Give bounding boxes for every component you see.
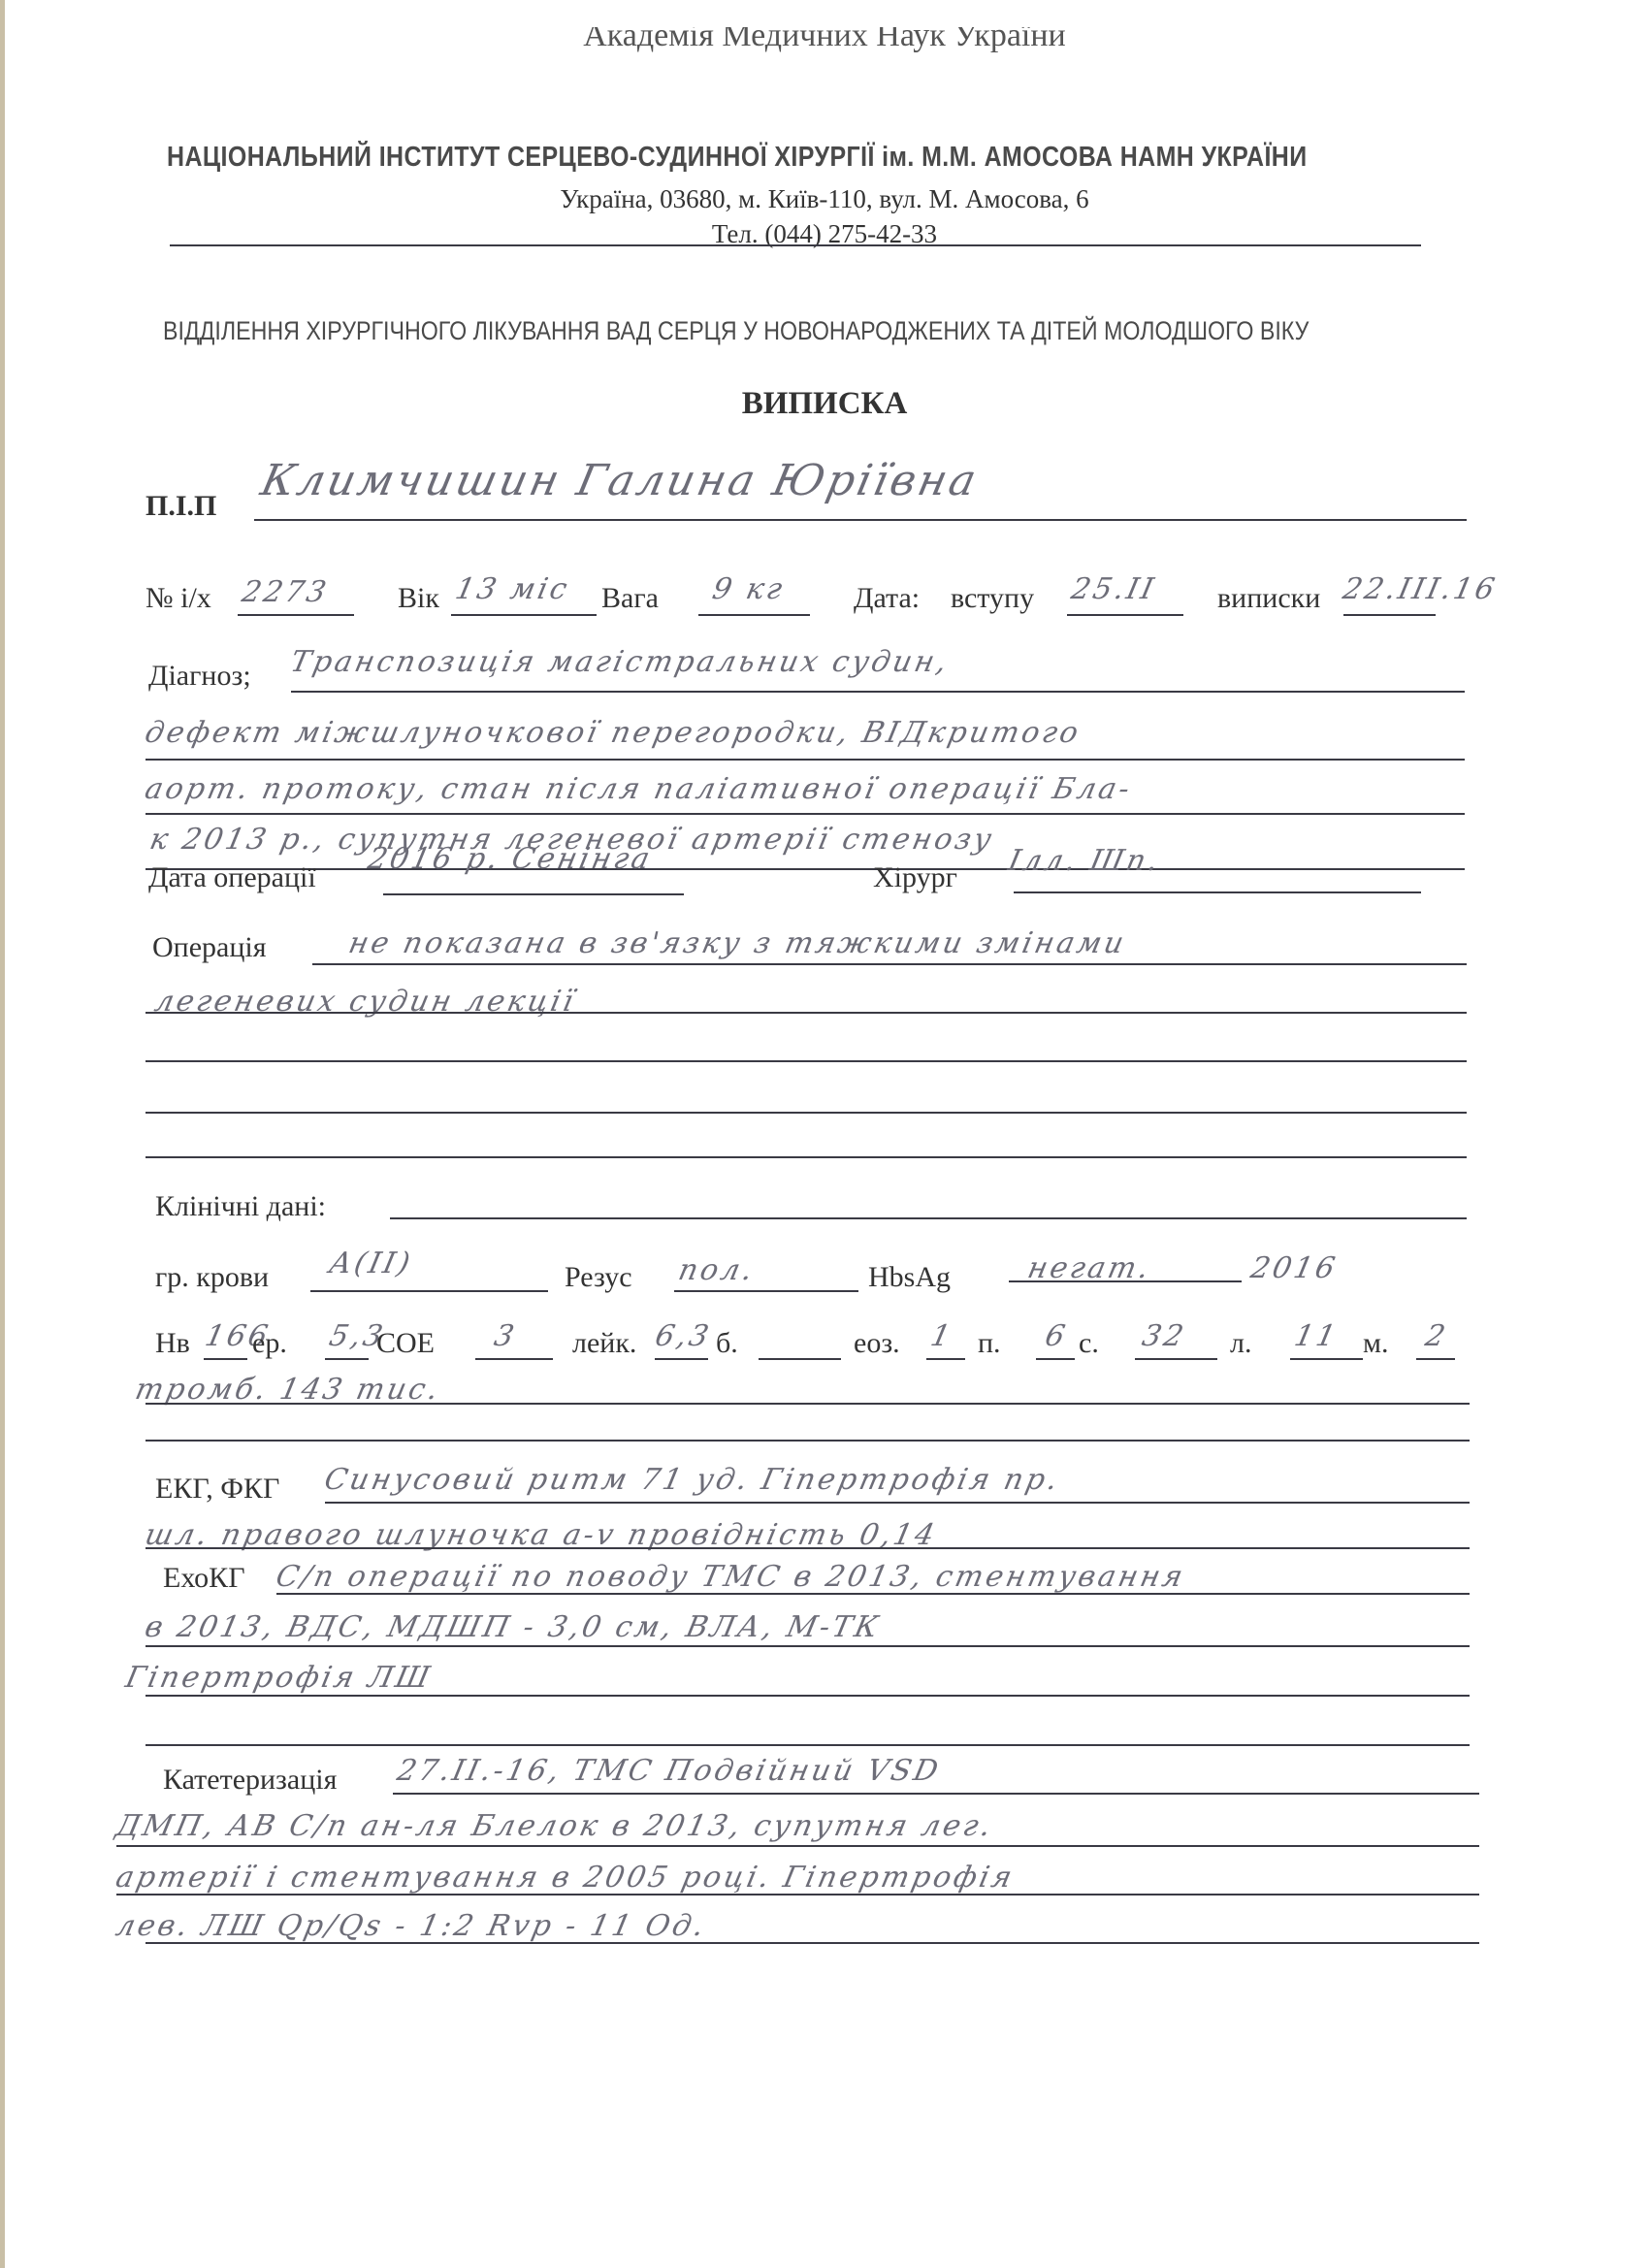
operation-underline-1 — [312, 963, 1467, 965]
weight-field[interactable]: 9 кг — [713, 572, 785, 606]
surgeon-label: Хірург — [873, 861, 957, 894]
discharge-label: виписки — [1217, 582, 1320, 615]
catheterization-line-4[interactable]: лев. ЛШ Qp/Qs - 1:2 Rvp - 11 Од. — [116, 1909, 706, 1943]
catheterization-line-1[interactable]: 27.ІІ.-16, ТМС Подвійний VSD — [398, 1754, 940, 1788]
scan-edge — [0, 0, 5, 2268]
soe-field[interactable]: 3 — [495, 1319, 516, 1353]
weight-underline — [698, 614, 810, 616]
header-divider — [170, 244, 1421, 246]
catheterization-underline-2 — [116, 1845, 1479, 1847]
ecg-line-1[interactable]: Синусовий ритм 71 уд. Гіпертрофія пр. — [325, 1463, 1060, 1497]
catheterization-line-2[interactable]: ДМП, АВ С/п ан-ля Блелок в 2013, супутня… — [116, 1809, 993, 1843]
er-underline — [325, 1358, 369, 1360]
echo-underline-1 — [276, 1593, 1470, 1595]
rhesus-field[interactable]: пол. — [679, 1253, 755, 1287]
l-field[interactable]: 11 — [1295, 1319, 1338, 1353]
b-underline — [759, 1358, 841, 1360]
platelets-note[interactable]: тромб. 143 тис. — [136, 1373, 440, 1407]
p-underline — [1036, 1358, 1075, 1360]
s-field[interactable]: 32 — [1143, 1319, 1185, 1353]
surgeon-field[interactable]: Ілл. Шп. — [1009, 844, 1160, 878]
catheterization-underline-3 — [116, 1894, 1479, 1895]
age-field[interactable]: 13 міс — [456, 572, 569, 606]
p-label: п. — [978, 1327, 1001, 1360]
diagnosis-line-5[interactable]: 2016 р. Сенінга — [369, 842, 652, 876]
blood-group-underline — [310, 1290, 548, 1292]
s-underline — [1135, 1358, 1217, 1360]
diagnosis-label: Діагноз; — [148, 660, 251, 693]
blood-group-label: гр. крови — [155, 1261, 269, 1294]
echo-underline-3 — [145, 1695, 1470, 1697]
date-label: Дата: — [854, 582, 920, 615]
m-field[interactable]: 2 — [1426, 1319, 1447, 1353]
soe-label: СОЕ — [376, 1327, 435, 1360]
hb-label: Нв — [155, 1327, 190, 1360]
diagnosis-line-3[interactable]: аорт. протоку, стан після паліативної оп… — [145, 772, 1132, 806]
admission-underline — [1067, 614, 1183, 616]
hbsag-underline — [1009, 1280, 1242, 1282]
ecg-underline-1 — [325, 1502, 1470, 1504]
l-underline — [1290, 1358, 1363, 1360]
rhesus-label: Резус — [565, 1261, 632, 1294]
diagnosis-underline-3 — [145, 813, 1465, 815]
echo-underline-2 — [145, 1645, 1470, 1647]
institute-name: НАЦІОНАЛЬНИЙ ІНСТИТУТ СЕРЦЕВО-СУДИННОЇ Х… — [167, 142, 1308, 174]
rhesus-underline — [674, 1290, 858, 1292]
eoz-underline — [926, 1358, 965, 1360]
p-field[interactable]: 6 — [1046, 1319, 1067, 1353]
operation-underline-3 — [145, 1060, 1467, 1062]
operation-line-1[interactable]: не показана в зв'язку з тяжкими змінами — [349, 926, 1126, 960]
age-underline — [451, 614, 597, 616]
m-label: м. — [1363, 1327, 1388, 1360]
patient-name-underline — [254, 519, 1467, 521]
diagnosis-underline-1 — [291, 691, 1465, 693]
s-label: с. — [1079, 1327, 1099, 1360]
case-number-label: № і/х — [145, 582, 211, 615]
leik-underline — [655, 1358, 708, 1360]
patient-name-field[interactable]: Климчишин Галина Юріївна — [262, 456, 978, 505]
diagnosis-line-1[interactable]: Транспозиція магістральних судин, — [291, 645, 949, 679]
catheterization-underline-1 — [393, 1793, 1479, 1795]
hbsag-year-note: 2016 — [1251, 1251, 1337, 1285]
blood-extra-underline — [145, 1403, 1470, 1405]
l-label: л. — [1230, 1327, 1251, 1360]
operation-underline-4 — [145, 1112, 1467, 1114]
case-number-field[interactable]: 2273 — [242, 575, 328, 609]
catheterization-line-3[interactable]: артерії і стентування в 2005 році. Гіпер… — [116, 1861, 1014, 1895]
ecg-label: ЕКГ, ФКГ — [155, 1473, 279, 1506]
leik-field[interactable]: 6,3 — [656, 1319, 711, 1353]
discharge-date-field[interactable]: 22.ІІІ.16 — [1343, 572, 1497, 606]
admission-label: вступу — [951, 582, 1034, 615]
diagnosis-underline-4 — [145, 868, 1465, 870]
age-label: Вік — [398, 582, 439, 615]
echo-line-2[interactable]: в 2013, ВДС, МДШП - 3,0 см, ВЛА, М-ТК — [145, 1610, 881, 1644]
diagnosis-underline-2 — [145, 759, 1465, 761]
surgeon-underline — [1014, 891, 1421, 893]
department-name: ВІДДІЛЕННЯ ХІРУРГІЧНОГО ЛІКУВАННЯ ВАД СЕ… — [163, 316, 1309, 346]
m-underline — [1416, 1358, 1455, 1360]
patient-name-label: П.І.П — [145, 490, 216, 523]
operation-underline-5 — [145, 1156, 1467, 1158]
eoz-field[interactable]: 1 — [931, 1319, 953, 1353]
diagnosis-line-2[interactable]: дефект міжшлуночкової перегородки, ВІДкр… — [145, 716, 1081, 750]
ecg-underline-2 — [145, 1547, 1470, 1549]
catheterization-underline-4 — [145, 1942, 1479, 1944]
clinical-data-underline — [390, 1217, 1467, 1219]
admission-date-field[interactable]: 25.ІІ — [1072, 572, 1155, 606]
echo-underline-4 — [145, 1744, 1470, 1746]
operation-label: Операція — [152, 931, 267, 964]
hb-underline — [204, 1358, 247, 1360]
operation-underline-2 — [145, 1012, 1467, 1014]
clinical-data-label: Клінічні дані: — [155, 1190, 326, 1223]
catheterization-label: Катетеризація — [163, 1764, 337, 1797]
echo-label: ЕхоКГ — [163, 1562, 245, 1595]
document-title: ВИПИСКА — [0, 386, 1649, 422]
er-label: ер. — [252, 1327, 287, 1360]
soe-underline — [475, 1358, 553, 1360]
echo-line-1[interactable]: С/п операції по поводу ТМС в 2013, стент… — [276, 1560, 1185, 1594]
blood-extra-underline-2 — [145, 1440, 1470, 1442]
hbsag-label: HbsAg — [868, 1261, 951, 1294]
leik-label: лейк. — [572, 1327, 636, 1360]
eoz-label: еоз. — [854, 1327, 900, 1360]
academy-header: Академія Медичних Наук України — [572, 27, 1077, 52]
weight-label: Вага — [601, 582, 659, 615]
operation-date-underline — [383, 893, 684, 895]
b-label: б. — [716, 1327, 738, 1360]
case-number-underline — [238, 614, 354, 616]
institute-address: Україна, 03680, м. Київ-110, вул. М. Амо… — [0, 184, 1649, 214]
operation-date-label: Дата операції — [148, 861, 316, 894]
echo-line-3[interactable]: Гіпертрофія ЛШ — [126, 1661, 432, 1695]
discharge-underline — [1343, 614, 1436, 616]
blood-group-field[interactable]: А(ІІ) — [330, 1247, 412, 1280]
